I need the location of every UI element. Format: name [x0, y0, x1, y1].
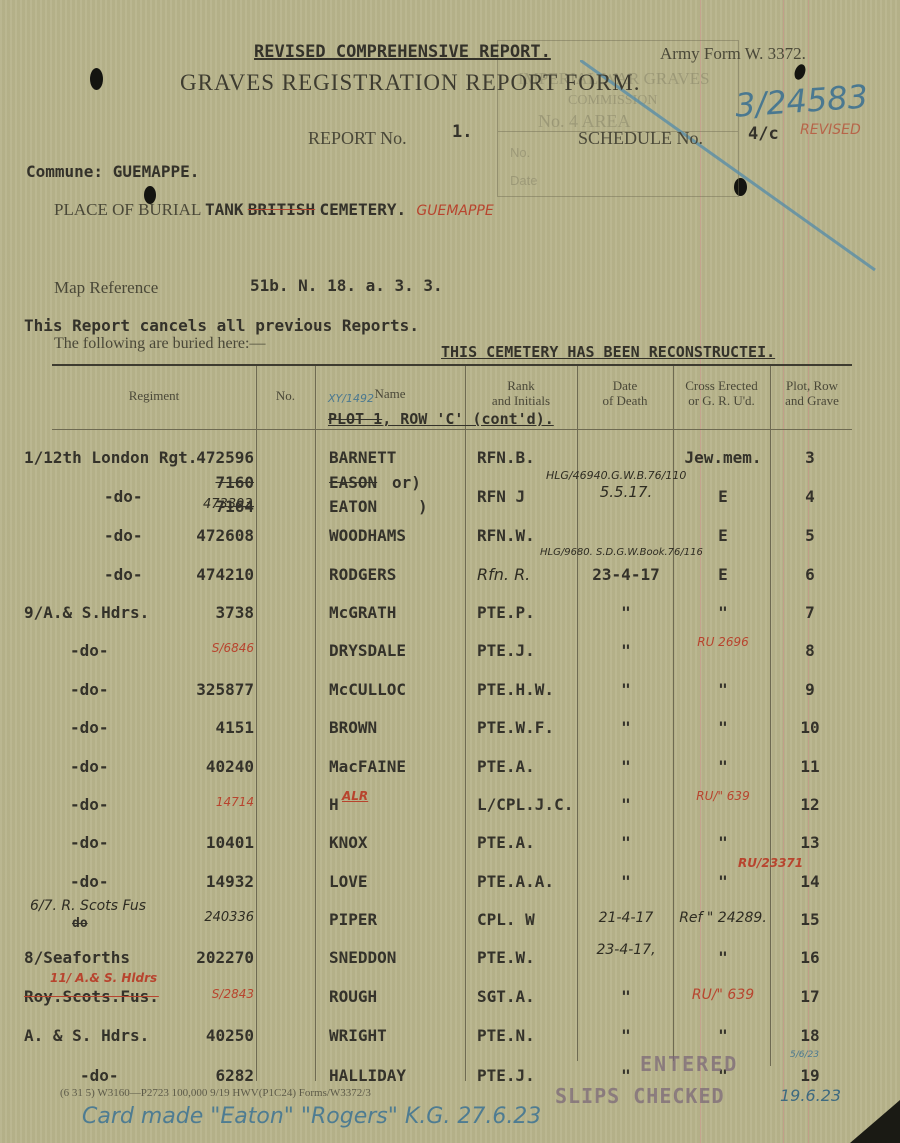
col-header-regiment: Regiment — [52, 388, 256, 403]
table-row: 7160 EASON or) -do- 473393 7164 EATON ) … — [0, 473, 900, 523]
service-no: 325877 — [196, 680, 254, 699]
section-annotation: XY/1492 — [328, 392, 374, 405]
regiment: 6/7. R. Scots Fus — [30, 898, 146, 914]
report-no-value: 1. — [452, 122, 472, 142]
initials-date-2: 19.6.23 — [780, 1086, 841, 1105]
regiment: -do- — [104, 526, 143, 545]
col-header-plot: Plot, Rowand Grave — [770, 378, 854, 408]
cross: Ref " 24289. — [676, 910, 770, 926]
regiment: -do- — [70, 872, 109, 891]
section-struck: PLOT 1 — [328, 410, 382, 428]
grave: 3 — [770, 448, 850, 467]
service-no: 40250 — [206, 1026, 254, 1045]
buried-intro: The following are buried here:— — [54, 335, 265, 353]
map-reference-value: 51b. N. 18. a. 3. 3. — [250, 276, 443, 295]
col-header-date: Dateof Death — [577, 378, 673, 408]
cross: " — [676, 833, 770, 852]
date-of-death: " — [582, 833, 670, 852]
regiment: -do- — [104, 565, 143, 584]
rank: RFN.B. — [477, 448, 535, 467]
stamp-no-label: No. — [510, 145, 530, 160]
form-title: GRAVES REGISTRATION REPORT FORM. — [180, 70, 640, 96]
commune-field: Commune: GUEMAPPE. — [26, 162, 199, 181]
cross: E — [676, 526, 770, 545]
name: LOVE — [329, 872, 368, 891]
cross: " — [676, 757, 770, 776]
section-rest: , ROW 'C' (cont'd). — [382, 410, 554, 428]
grave: 9 — [770, 680, 850, 699]
name: BROWN — [329, 718, 377, 737]
rank: SGT.A. — [477, 987, 535, 1006]
regiment: A. & S. Hdrs. — [24, 1026, 149, 1045]
table-row: 6/7. R. Scots Fus do 240336 PIPER CPL. W… — [0, 910, 900, 940]
service-no: 240336 — [204, 910, 254, 925]
name: WOODHAMS — [329, 526, 406, 545]
name: WRIGHT — [329, 1026, 387, 1045]
name: DRYSDALE — [329, 641, 406, 660]
name: SNEDDON — [329, 948, 396, 967]
cross: RU/" 639 — [676, 987, 770, 1003]
table-row: -do- S/6846 DRYSDALE PTE.J. " RU 2696 8 — [0, 641, 900, 671]
rank: PTE.P. — [477, 603, 535, 622]
rank: PTE.J. — [477, 1066, 535, 1085]
date-of-death: 5.5.17. — [582, 483, 670, 501]
regiment: 9/A.& S.Hdrs. — [24, 603, 149, 622]
name: McCULLOC — [329, 680, 406, 699]
date-of-death: " — [582, 603, 670, 622]
service-no: 3738 — [215, 603, 254, 622]
revised-annotation: REVISED — [800, 122, 861, 138]
service-no: 14932 — [206, 872, 254, 891]
regiment: -do- — [70, 718, 109, 737]
table-row: -do- 4151 BROWN PTE.W.F. " " 10 — [0, 718, 900, 748]
service-no: 40240 — [206, 757, 254, 776]
grave: 19 — [770, 1066, 850, 1085]
date-annotation: HLG/46940.G.W.B.76/110 — [546, 469, 686, 482]
table-row: A. & S. Hdrs. 40250 WRIGHT PTE.N. " " 18 — [0, 1026, 900, 1056]
col-header-rank: Rankand Initials — [465, 378, 577, 408]
rank: CPL. W — [477, 910, 535, 929]
rank: PTE.H.W. — [477, 680, 554, 699]
service-no-struck-b: 7164 — [215, 497, 254, 516]
grave: 7 — [770, 603, 850, 622]
rank: RFN.W. — [477, 526, 535, 545]
rank: L/CPL.J.C. — [477, 795, 573, 814]
rank: PTE.J. — [477, 641, 535, 660]
cross: RU/" 639 — [676, 789, 770, 803]
grave: 8 — [770, 641, 850, 660]
cross: " — [676, 680, 770, 699]
service-no: 472596 — [196, 448, 254, 467]
name-struck-a: EASON — [329, 473, 377, 492]
service-no: 4151 — [215, 718, 254, 737]
table-row: HLG/9680. S.D.G.W.Book.76/116 -do- 47421… — [0, 565, 900, 595]
date-of-death: " — [582, 795, 670, 814]
print-line: (6 31 5) W3160—P2723 100,000 9/19 HWV(P1… — [60, 1087, 371, 1099]
name: RODGERS — [329, 565, 396, 584]
table-row: -do- 325877 McCULLOC PTE.H.W. " " 9 — [0, 680, 900, 710]
regiment: -do- — [70, 833, 109, 852]
table-top-rule — [52, 364, 852, 366]
date-of-death: " — [582, 680, 670, 699]
slips-checked-stamp: SLIPS CHECKED — [555, 1084, 725, 1108]
rank: PTE.W.F. — [477, 718, 554, 737]
date-of-death: " — [582, 1026, 670, 1045]
regiment-annotation: 11/ A.& S. Hldrs — [50, 971, 157, 985]
regiment-struck: do — [72, 916, 88, 931]
stamp-date-label: Date — [510, 173, 537, 188]
place-value-prefix: TANK — [205, 200, 244, 219]
date-of-death: " — [582, 757, 670, 776]
regiment: -do- — [70, 641, 109, 660]
name: BARNETT — [329, 448, 396, 467]
name: H — [329, 795, 339, 814]
grave: 4 — [770, 487, 850, 506]
place-annotation: GUEMAPPE — [416, 203, 493, 219]
grave: 18 — [770, 1026, 850, 1045]
cross-annotation: RU/23371 — [738, 856, 803, 870]
place-value-struck: BRITISH — [248, 200, 315, 219]
rank: PTE.A. — [477, 757, 535, 776]
regiment: 8/Seaforths — [24, 948, 130, 967]
date-of-death: " — [582, 641, 670, 660]
grave: 10 — [770, 718, 850, 737]
rank: PTE.A. — [477, 833, 535, 852]
name: KNOX — [329, 833, 368, 852]
regiment: -do- — [70, 680, 109, 699]
regiment: -do- — [70, 757, 109, 776]
grave: 12 — [770, 795, 850, 814]
col-header-cross: Cross Erectedor G. R. U'd. — [673, 378, 770, 408]
date-annotation: HLG/9680. S.D.G.W.Book.76/116 — [540, 547, 703, 558]
grave: 5 — [770, 526, 850, 545]
cross: " — [676, 1026, 770, 1045]
name-a-suffix: or) — [392, 473, 421, 492]
grave: 17 — [770, 987, 850, 1006]
reconstructed-notice: THIS CEMETERY HAS BEEN RECONSTRUCTEI. — [441, 343, 775, 361]
cross: " — [676, 872, 770, 891]
grave: 11 — [770, 757, 850, 776]
date-of-death: 21-4-17 — [582, 910, 670, 926]
map-reference-label: Map Reference — [54, 278, 158, 298]
cross: E — [676, 565, 770, 584]
page-corner — [840, 1100, 900, 1143]
grave: 6 — [770, 565, 850, 584]
regiment: -do- — [70, 795, 109, 814]
date-of-death: 23-4-17, — [582, 942, 670, 958]
regiment: -do- — [80, 1066, 119, 1085]
cancels-notice: This Report cancels all previous Reports… — [24, 316, 419, 335]
service-no: 474210 — [196, 565, 254, 584]
punch-hole — [90, 68, 103, 90]
cross: " — [676, 948, 770, 967]
cross: Jew.mem. — [676, 448, 770, 467]
name: PIPER — [329, 910, 377, 929]
table-row: -do- 472608 WOODHAMS RFN.W. E 5 — [0, 526, 900, 556]
table-header-rule — [52, 429, 852, 430]
schedule-no-label: SCHEDULE No. — [578, 128, 703, 149]
name: EATON — [329, 497, 377, 516]
commune-value: GUEMAPPE. — [113, 162, 200, 181]
service-no-struck-a: 7160 — [215, 473, 254, 492]
rank: RFN J — [477, 487, 525, 506]
rank: PTE.W. — [477, 948, 535, 967]
service-no: 472608 — [196, 526, 254, 545]
initials-date-1: 5/6/23 — [790, 1050, 819, 1060]
place-of-burial-field: PLACE OF BURIAL TANK BRITISH CEMETERY. G… — [54, 200, 494, 220]
regiment: 1/12th London Rgt. — [24, 448, 197, 467]
place-value-suffix: CEMETERY. — [319, 200, 406, 219]
date-of-death: " — [582, 718, 670, 737]
grave: 16 — [770, 948, 850, 967]
grave: 14 — [770, 872, 850, 891]
revised-report-title: REVISED COMPREHENSIVE REPORT. — [254, 42, 551, 62]
regiment: -do- — [104, 487, 143, 506]
report-no-label: REPORT No. — [308, 128, 407, 149]
service-no: 14714 — [216, 795, 254, 809]
rank: Rfn. R. — [477, 565, 530, 584]
service-no: 202270 — [196, 948, 254, 967]
date-of-death: 23-4-17 — [582, 565, 670, 584]
rank: PTE.A.A. — [477, 872, 554, 891]
entered-stamp: ENTERED — [640, 1052, 738, 1076]
service-no: S/6846 — [212, 641, 254, 655]
date-of-death: " — [582, 872, 670, 891]
name: HALLIDAY — [329, 1066, 406, 1085]
army-form-number: Army Form W. 3372. — [660, 44, 806, 64]
service-no: 6282 — [215, 1066, 254, 1085]
name: ROUGH — [329, 987, 377, 1006]
table-row: -do- 14714 H ALR L/CPL.J.C. " RU/" 639 1… — [0, 795, 900, 825]
service-no: S/2843 — [212, 987, 254, 1001]
name-b-suffix: ) — [418, 497, 428, 516]
regiment-struck: Roy.Scots.Fus. — [24, 987, 159, 1006]
cross: " — [676, 718, 770, 737]
table-row: 11/ A.& S. Hldrs Roy.Scots.Fus. S/2843 R… — [0, 987, 900, 1017]
commune-label: Commune: — [26, 162, 103, 181]
cross: RU 2696 — [676, 635, 770, 649]
name: McGRATH — [329, 603, 396, 622]
handwritten-note: Card made "Eaton" "Rogers" K.G. 27.6.23 — [82, 1104, 541, 1129]
grave: 13 — [770, 833, 850, 852]
cross: " — [676, 603, 770, 622]
name-annotation: ALR — [342, 789, 368, 803]
rank: PTE.N. — [477, 1026, 535, 1045]
table-row: -do- 40240 MacFAINE PTE.A. " " 11 — [0, 757, 900, 787]
section-heading: PLOT 1, ROW 'C' (cont'd). — [328, 410, 554, 428]
col-header-no: No. — [256, 388, 315, 403]
service-no: 10401 — [206, 833, 254, 852]
date-of-death: " — [582, 987, 670, 1006]
cross: E — [676, 487, 770, 506]
name: MacFAINE — [329, 757, 406, 776]
place-label: PLACE OF BURIAL — [54, 200, 201, 219]
table-row: 9/A.& S.Hdrs. 3738 McGRATH PTE.P. " " 7 — [0, 603, 900, 633]
schedule-no-value: 4/c — [748, 124, 779, 144]
grave: 15 — [770, 910, 850, 929]
